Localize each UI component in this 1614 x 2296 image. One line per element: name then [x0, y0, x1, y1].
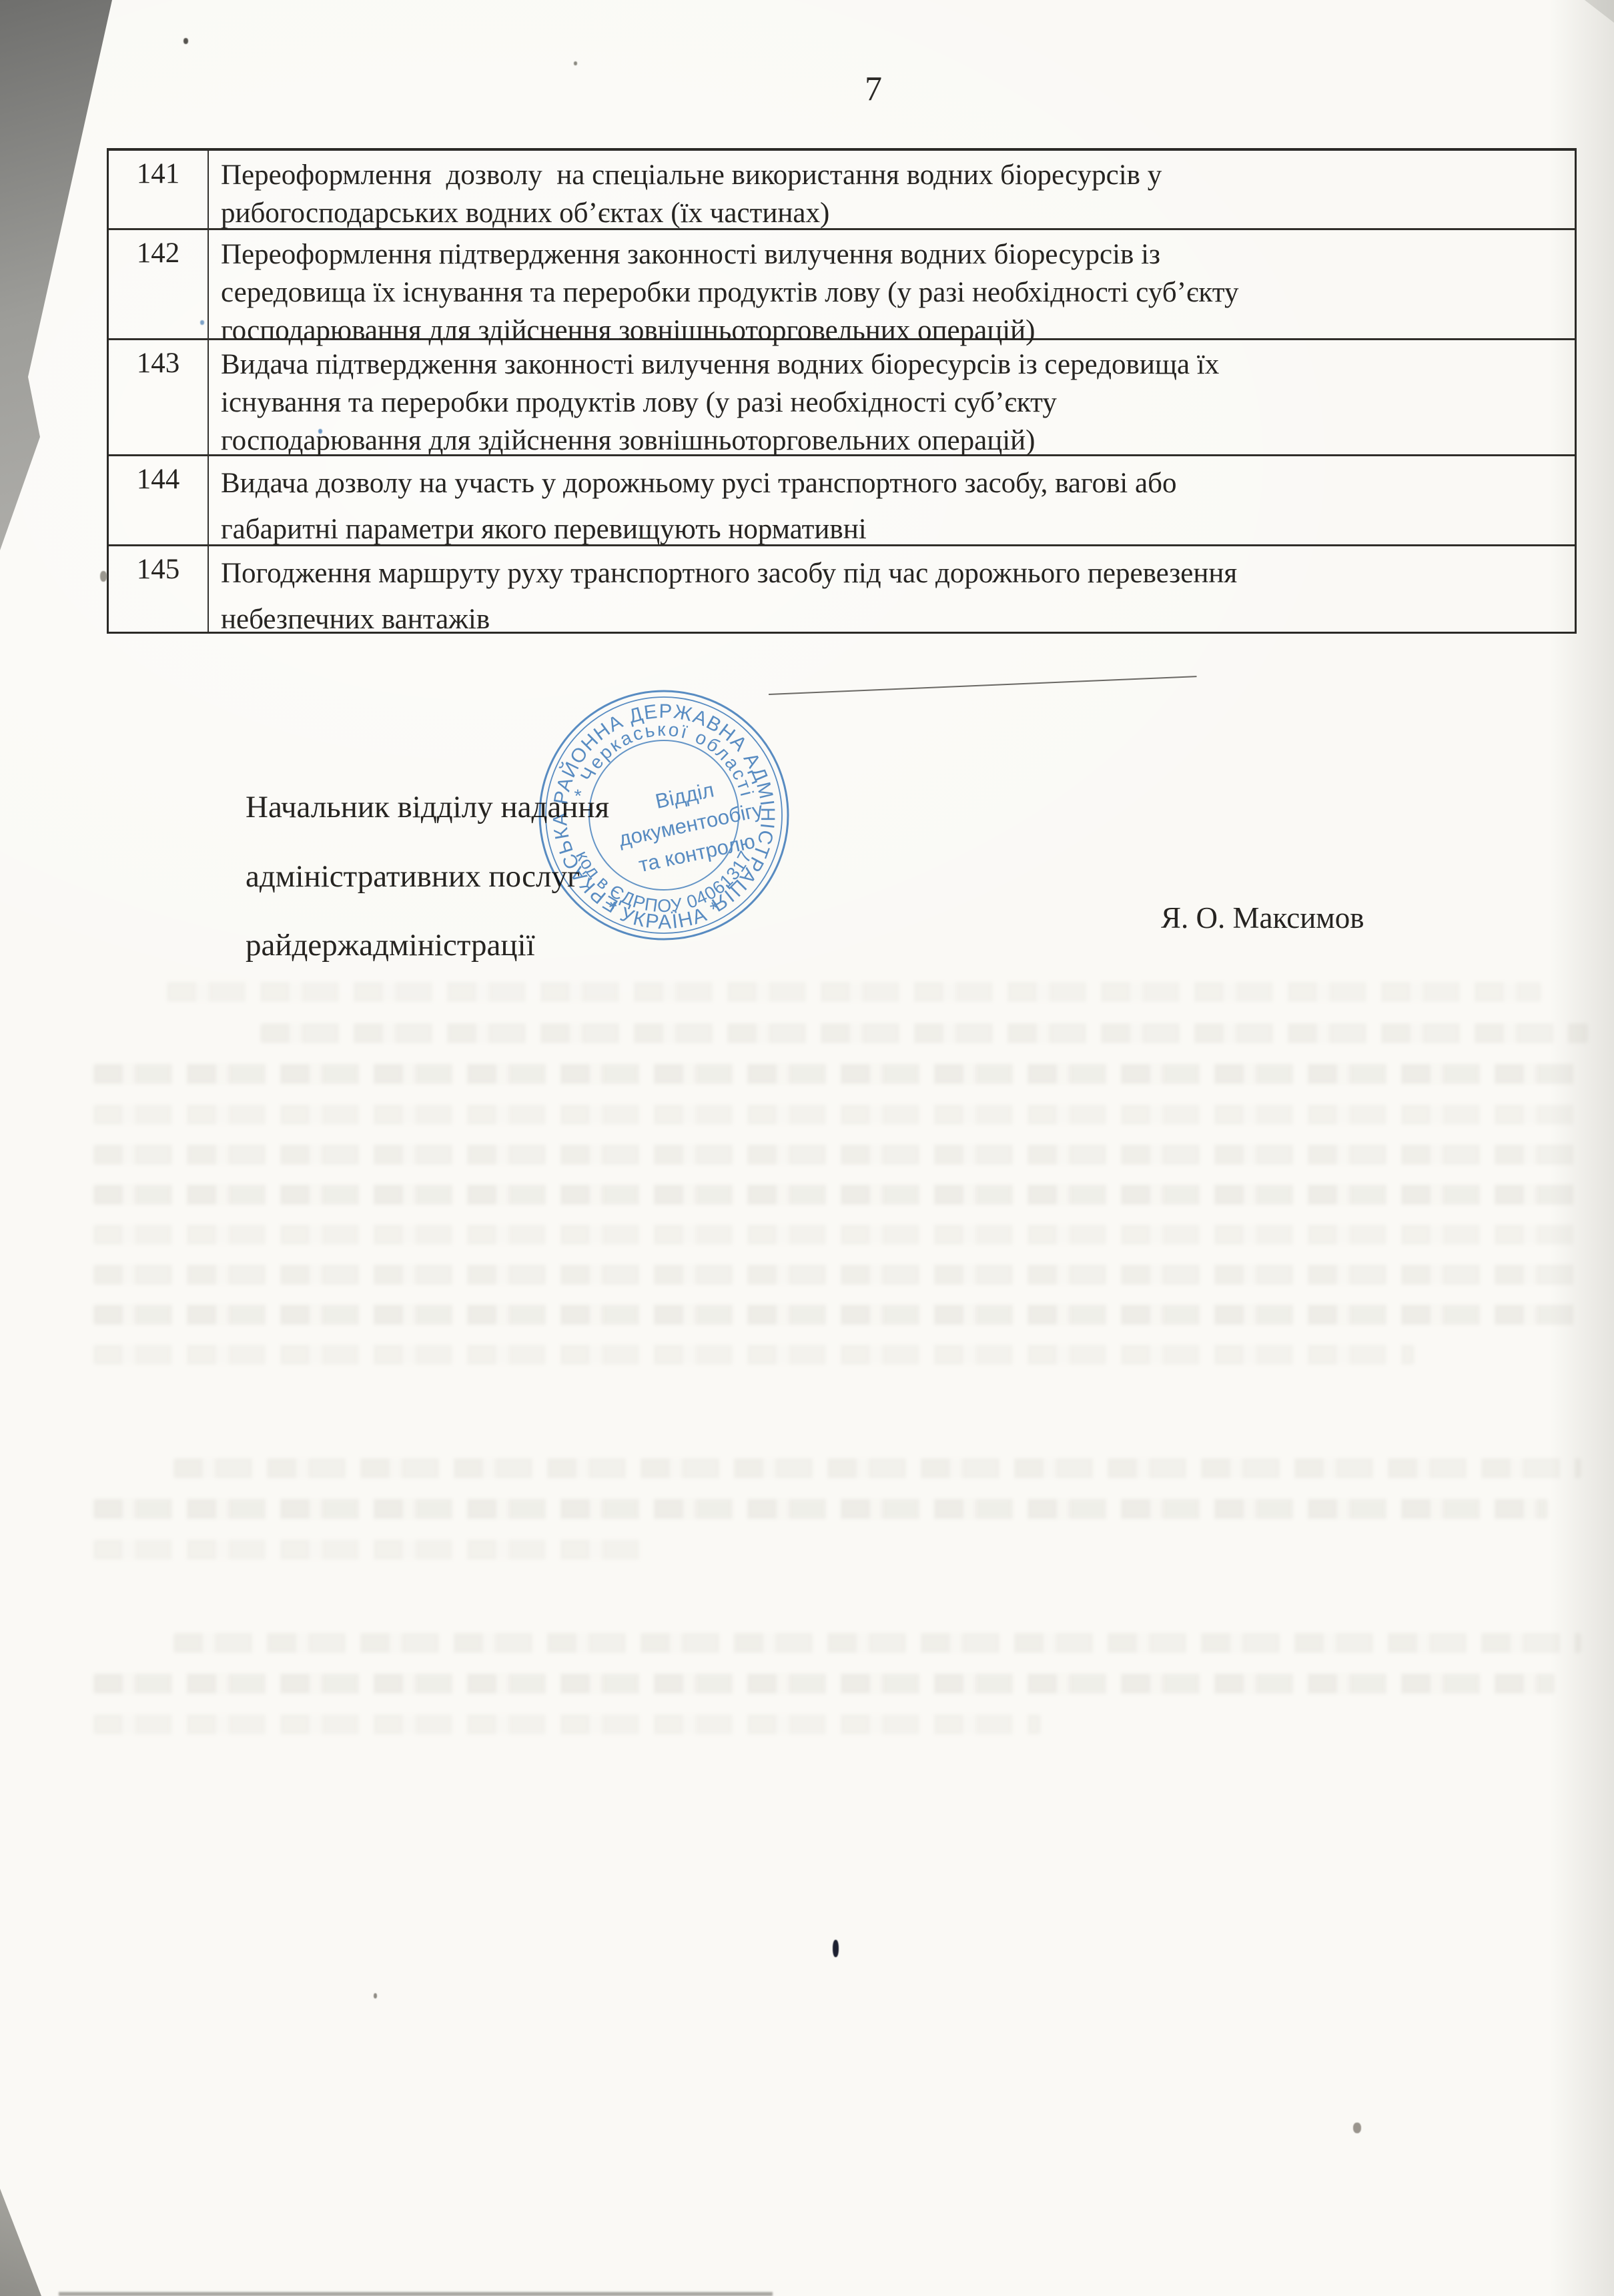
- table-rows: 141Переоформлення дозволу на спеціальне …: [109, 151, 1575, 631]
- row-text-line: рибогосподарських водних об’єктах (їх ча…: [221, 194, 1565, 232]
- row-text-line: Видача підтвердження законності вилученн…: [221, 346, 1565, 384]
- row-number-cell: 141: [109, 151, 208, 228]
- scan-artifact-bottom-edge: [59, 2292, 773, 2296]
- scan-speck: [833, 1940, 839, 1957]
- services-table: 141Переоформлення дозволу на спеціальне …: [107, 148, 1577, 634]
- row-number-cell: 145: [109, 546, 208, 631]
- signatory-name: Я. О. Максимов: [1161, 901, 1364, 935]
- scan-artifact-bottom-left-corner: [0, 2179, 67, 2296]
- scan-artifact-top-left-corner: [0, 0, 117, 557]
- bleedthrough-text-line: [93, 1265, 1588, 1285]
- bleedthrough-text-line: [93, 1674, 1555, 1694]
- bleedthrough-text-line: [93, 1540, 654, 1560]
- scan-speck: [200, 320, 204, 325]
- row-text-cell: Погодження маршруту руху транспортного з…: [208, 546, 1575, 631]
- row-number-cell: 143: [109, 340, 208, 454]
- signature-title-line-3: райдержадміністрації: [246, 927, 535, 963]
- bleedthrough-text-line: [93, 1714, 1041, 1734]
- row-number-cell: 144: [109, 456, 208, 544]
- official-stamp: ЧЕРКАСЬКА РАЙОННА ДЕРЖАВНА АДМІНІСТРАЦІЯ…: [530, 682, 797, 949]
- stamp-center-line-1: Відділ: [653, 778, 716, 813]
- row-text-cell: Переоформлення дозволу на спеціальне вик…: [208, 151, 1575, 228]
- bleedthrough-text-line: [260, 1023, 1588, 1043]
- row-text-cell: Видача дозволу на участь у дорожньому ру…: [208, 456, 1575, 544]
- scan-speck: [574, 61, 577, 65]
- scanned-document-page: 7 141Переоформлення дозволу на спеціальн…: [0, 0, 1614, 2296]
- row-text-cell: Видача підтвердження законності вилученн…: [208, 340, 1575, 454]
- table-column-divider: [208, 151, 209, 632]
- scan-speck: [1353, 2123, 1361, 2133]
- row-text-line: Переоформлення дозволу на спеціальне вик…: [221, 156, 1565, 194]
- bleedthrough-text-line: [93, 1105, 1588, 1125]
- table-row: 144Видача дозволу на участь у дорожньому…: [109, 456, 1575, 546]
- bleedthrough-text-line: [93, 1225, 1588, 1245]
- bleedthrough-text-line: [173, 1458, 1581, 1478]
- row-text-line: господарювання для здійснення зовнішньот…: [221, 422, 1565, 460]
- row-text-line: середовища їх існування та переробки про…: [221, 273, 1565, 312]
- scan-speck: [374, 1993, 377, 1998]
- pen-stroke-line: [769, 676, 1197, 695]
- bleedthrough-text-line: [93, 1305, 1588, 1325]
- row-text-cell: Переоформлення підтвердження законності …: [208, 230, 1575, 338]
- scan-speck: [318, 429, 322, 434]
- row-number-cell: 142: [109, 230, 208, 338]
- bleedthrough-text-line: [93, 1345, 1415, 1365]
- row-text-line: Погодження маршруту руху транспортного з…: [221, 550, 1565, 596]
- page-number: 7: [865, 69, 882, 109]
- scan-speck: [183, 38, 188, 44]
- scan-speck: [100, 571, 107, 582]
- bleedthrough-text-line: [93, 1185, 1588, 1205]
- bleedthrough-text-line: [93, 1145, 1588, 1165]
- table-row: 142Переоформлення підтвердження законнос…: [109, 230, 1575, 340]
- row-text-line: Переоформлення підтвердження законності …: [221, 235, 1565, 273]
- table-row: 141Переоформлення дозволу на спеціальне …: [109, 151, 1575, 230]
- row-text-line: існування та переробки продуктів лову (у…: [221, 384, 1565, 422]
- scan-artifact-top-right-corner: [1585, 0, 1614, 23]
- row-text-line: Видача дозволу на участь у дорожньому ру…: [221, 460, 1565, 506]
- row-text-line: габаритні параметри якого перевищують но…: [221, 506, 1565, 552]
- bleedthrough-text-line: [173, 1633, 1581, 1653]
- table-row: 145Погодження маршруту руху транспортног…: [109, 546, 1575, 631]
- bleedthrough-text-line: [167, 982, 1541, 1002]
- bleedthrough-text-line: [93, 1499, 1548, 1519]
- row-text-line: небезпечних вантажів: [221, 596, 1565, 642]
- bleedthrough-text-line: [93, 1064, 1588, 1084]
- table-row: 143Видача підтвердження законності вилуч…: [109, 340, 1575, 456]
